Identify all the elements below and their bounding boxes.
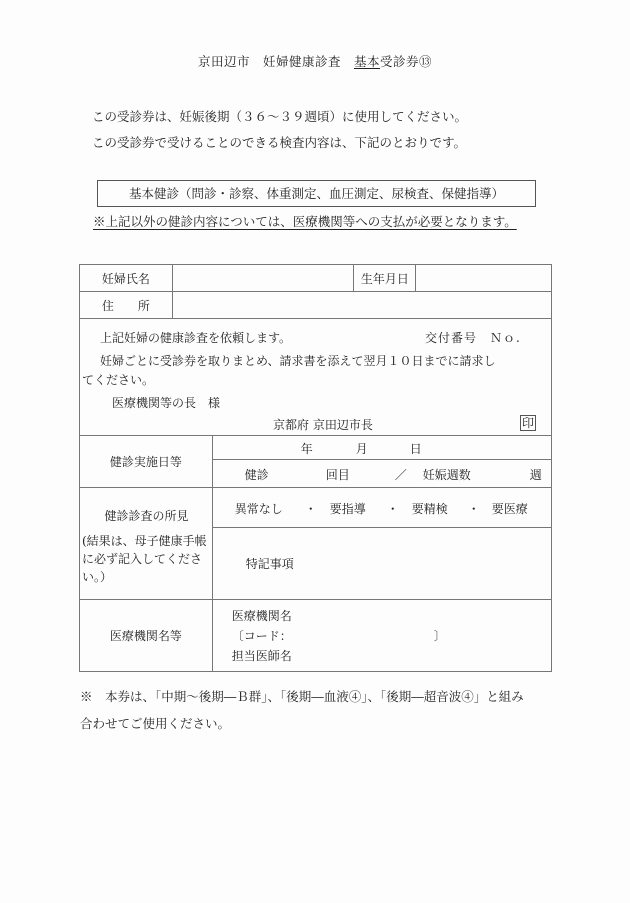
footer-line-2: 合わせてご使用ください。	[80, 714, 230, 732]
findings-label-cell: 健診診査の所見 (結果は、母子健康手帳に必ず記入してください。）	[80, 488, 213, 600]
footer-line-1: ※ 本券は、「中期～後期―Ｂ群」、「後期―血液④」、「後期―超音波④」と組み	[80, 687, 524, 705]
year-label: 年	[301, 440, 313, 457]
address-label: 住 所	[80, 292, 173, 319]
intro-line-2: この受診券で受けることのできる検査内容は、下記のとおりです。	[92, 133, 466, 151]
birthdate-label: 生年月日	[354, 265, 416, 292]
title-prefix: 京田辺市 妊婦健康診査	[198, 54, 354, 69]
month-label: 月	[356, 440, 368, 457]
doctor-name-label: 担当医師名	[232, 647, 292, 664]
request-line-3: てください。	[82, 371, 154, 388]
issue-number-label: 交付番号 Ｎｏ.	[425, 329, 521, 346]
option-detailed-exam[interactable]: 要精検	[412, 500, 448, 517]
special-notes-field[interactable]: 特記事項	[212, 528, 551, 600]
intro-line-1: この受診券は、妊娠後期（３６～３９週頃）に使用してください。	[92, 107, 467, 125]
voucher-form: 妊婦氏名 生年月日 住 所 上記妊婦の健康診査を依頼します。 交付番号 Ｎｏ. …	[79, 264, 552, 672]
institution-field[interactable]: 医療機関名 〔コード： 〕 担当医師名	[212, 600, 551, 672]
findings-label: 健診診査の所見	[80, 507, 213, 524]
exam-date-label: 健診実施日等	[80, 436, 213, 488]
findings-sublabel: (結果は、母子健康手帳に必ず記入してください。）	[82, 532, 210, 586]
option-separator: ・	[387, 500, 399, 517]
institution-code-label: 〔コード：	[232, 627, 292, 644]
findings-options[interactable]: 異常なし ・ 要指導 ・ 要精検 ・ 要医療	[212, 488, 551, 528]
code-close-bracket: 〕	[434, 627, 446, 644]
addressee: 医療機関等の長 様	[112, 394, 220, 411]
option-separator: ・	[468, 500, 480, 517]
name-field[interactable]	[172, 265, 354, 292]
gestational-weeks-label: 妊娠週数	[423, 466, 471, 483]
exam-date-field[interactable]: 年 月 日	[212, 436, 551, 460]
option-guidance[interactable]: 要指導	[330, 500, 366, 517]
title-underlined: 基本	[354, 54, 380, 69]
institution-name-label: 医療機関名	[232, 607, 292, 624]
weeks-unit: 週	[530, 466, 542, 483]
birthdate-field[interactable]	[416, 265, 552, 292]
name-label: 妊婦氏名	[80, 265, 173, 292]
institution-label: 医療機関名等	[80, 600, 213, 672]
option-medical-care[interactable]: 要医療	[492, 500, 528, 517]
request-line-1: 上記妊婦の健康診査を依頼します。	[100, 329, 291, 346]
address-field[interactable]	[172, 292, 551, 319]
payment-note: ※上記以外の健診内容については、医療機関等への支払が必要となります。	[93, 212, 517, 230]
issuer: 京都府 京田辺市長	[273, 416, 373, 433]
exam-count-field[interactable]: 健診 回目 ／ 妊娠週数 週	[212, 460, 551, 488]
times-label: 回目	[326, 466, 350, 483]
day-label: 日	[410, 440, 422, 457]
option-normal[interactable]: 異常なし	[235, 500, 283, 517]
page-title: 京田辺市 妊婦健康診査 基本受診券⑬	[0, 52, 630, 70]
request-line-2: 妊婦ごとに受診券を取りまとめ、請求書を添えて翌月１０日までに請求し	[100, 352, 496, 369]
request-section: 上記妊婦の健康診査を依頼します。 交付番号 Ｎｏ. 妊婦ごとに受診券を取りまとめ…	[80, 319, 552, 436]
special-notes-label: 特記事項	[246, 555, 294, 572]
slash-separator: ／	[395, 466, 407, 483]
exam-label: 健診	[245, 466, 269, 483]
contents-box: 基本健診（問診・診察、体重測定、血圧測定、尿検査、保健指導）	[97, 180, 536, 207]
seal-mark: 印	[520, 415, 536, 431]
title-suffix: 受診券⑬	[380, 54, 432, 69]
option-separator: ・	[305, 500, 317, 517]
